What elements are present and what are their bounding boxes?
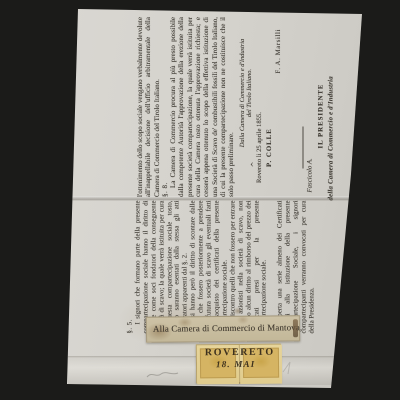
dateline-place-date: Rovereto li 25 aprile 1855. (256, 17, 264, 197)
section-8-heading: §. 8. (161, 17, 169, 197)
address-text: Alla Camera di Commercio di Mantova, (153, 322, 289, 333)
postmark-date: 18. MAI (216, 359, 256, 369)
president-title: IL PRESIDENTE (317, 45, 325, 200)
masthead-column: Fascicolo A. IL PRESIDENTE della Camera … (300, 45, 346, 200)
paragraph-section5-c: A riscontro quelli che non fossero per e… (229, 200, 269, 333)
signature-president-name: P. COLLE (266, 17, 274, 197)
address-label: Alla Camera di Commercio di Mantova, (146, 315, 300, 343)
lower-text-column: §. 5. I signori che formano parte della … (126, 200, 326, 333)
paragraph-section7-end: l'ottenimento dello scopo sociale vengan… (136, 17, 161, 197)
paragraph-section8: La Camera di Commercio procura al più pr… (169, 17, 235, 197)
stamp-pair: ROVERETO 18. MAI (196, 344, 281, 384)
brace-mark: ‹ (250, 158, 255, 170)
upper-text-column: l'ottenimento dello scopo sociale vengan… (136, 17, 312, 197)
paragraph-section5-b: Essi hanno però il diritto di scontare d… (189, 200, 229, 333)
signature-secretary-name: F. A. Marsilli (275, 17, 283, 197)
paragraph-section6: Coperta una serie almeno dei Certificati… (276, 200, 316, 333)
circular-sheet: l'ottenimento dello scopo sociale vengan… (0, 0, 400, 400)
section-5-heading: §. 5. (126, 200, 134, 333)
column-rule (302, 126, 303, 168)
pencil-mark-right (280, 360, 294, 376)
paragraph-section5-a: I signori che formano parte della presen… (134, 200, 189, 333)
label-stain (293, 319, 298, 337)
postmark: ROVERETO 18. MAI (197, 345, 282, 385)
photo-of-circular: l'ottenimento dello scopo sociale vengan… (0, 0, 400, 400)
fascicolo-note: Fascicolo A. (306, 45, 314, 200)
postmark-town: ROVERETO (205, 347, 275, 359)
section-6-heading: §. 6. (268, 200, 276, 333)
president-subtitle: della Camera di Commercio e d'Industria (327, 45, 335, 200)
pencil-mark-left (146, 368, 180, 380)
